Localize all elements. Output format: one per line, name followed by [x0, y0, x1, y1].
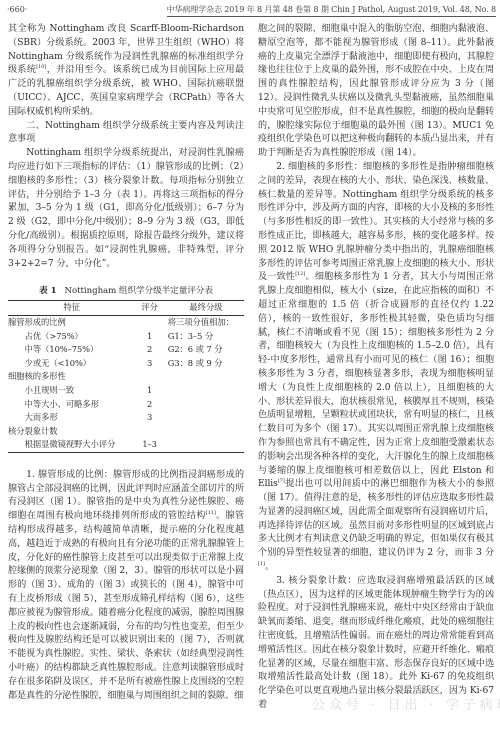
cell-feature: 中等（10%–75%） — [8, 343, 135, 357]
text: 。 — [265, 562, 274, 572]
cell-grade — [164, 438, 244, 452]
cell-grade — [164, 384, 244, 398]
table-1: 表 1Nottingham 组织学分级半定量评分表 特征 评分 最终分级 腺管形… — [8, 285, 244, 453]
cell-feature: 占优（>75%） — [8, 330, 135, 344]
table-row: 占优（>75%）1G1：3–5 分 — [8, 330, 244, 344]
cell-grade: G2：6 或 7 分 — [164, 343, 244, 357]
citation-ref[interactable]: [12] — [295, 271, 305, 277]
table-row: 中等大小、可略多形2 — [8, 398, 244, 412]
paragraph-nuclear-pleomorphism: 2. 细胞核的多形性：细胞核的多形性是指肿瘤细胞核之间的差异，表现在核的大小、形… — [258, 161, 494, 575]
cell-feature: 核分裂象计数 — [8, 425, 135, 439]
header-score: 评分 — [135, 301, 163, 316]
grading-score-table: 特征 评分 最终分级 腺管形成的比例将三项分值相加： 占优（>75%）1G1：3… — [8, 300, 244, 453]
citation-ref[interactable]: [11] — [206, 510, 216, 516]
paragraph-gland-formation: 1. 腺管形成的比例：腺管形成的比例指浸润癌形成的腺管占全部浸润癌的比例，因此评… — [8, 469, 244, 704]
paragraph-three-indicators: Nottingham 组织学分级系统提出，对浸润性乳腺癌均应进行如下三项指标的评… — [8, 147, 244, 271]
text: 提出也可以用间质中的淋巴细胞作为核大小的参照（图 17）。值得注意的是，核多形性… — [258, 479, 494, 558]
section-heading: 二、Nottingham 组织学分级系统主要内容及判读注意事项 — [8, 120, 244, 148]
left-column: 其全称为 Nottingham 改良 Scarff-Bloom-Richards… — [8, 23, 244, 703]
table-row: 中等（10%–75%）2G2：6 或 7 分 — [8, 343, 244, 357]
cell-feature: 大而多形 — [8, 411, 135, 425]
cell-feature: 细胞核的多形性 — [8, 370, 135, 384]
cell-grade — [164, 411, 244, 425]
cell-grade — [164, 425, 244, 439]
header-final-grade: 最终分级 — [164, 301, 244, 316]
table-row: 大而多形3 — [8, 411, 244, 425]
cell-grade — [164, 370, 244, 384]
text: 2. 细胞核的多形性：细胞核的多形性是指肿瘤细胞核之间的差异，表现在核的大小、形… — [258, 162, 494, 282]
paragraph-gland-pitfalls: 胞之间的裂隙、细胞巢中混入的脂肪空泡、细胞内黏液泡、糖原空泡等，都不能视为腺管形… — [258, 23, 494, 161]
cell-score: 1–3 — [135, 438, 163, 452]
citation-ref[interactable]: [10] — [36, 64, 46, 70]
cell-grade: G1：3–5 分 — [164, 330, 244, 344]
cell-score: 3 — [135, 411, 163, 425]
cell-score — [135, 425, 163, 439]
cell-score: 1 — [135, 330, 163, 344]
cell-score: 1 — [135, 384, 163, 398]
header-feature: 特征 — [8, 301, 135, 316]
paragraph-sbr-intro: 其全称为 Nottingham 改良 Scarff-Bloom-Richards… — [8, 23, 244, 120]
table-label: 表 1 — [39, 286, 56, 296]
cell-grade: G3：8 或 9 分 — [164, 357, 244, 371]
right-column: 胞之间的裂隙、细胞巢中混入的脂肪空泡、细胞内黏液泡、糖原空泡等，都不能视为腺管形… — [258, 23, 494, 713]
table-row: 少或无（<10%）3G3：8 或 9 分 — [8, 357, 244, 371]
table-row: 细胞核的多形性 — [8, 370, 244, 384]
cell-feature: 小且规则一致 — [8, 384, 135, 398]
table-row: 核分裂象计数 — [8, 425, 244, 439]
cell-score: 2 — [135, 343, 163, 357]
table-caption: 表 1Nottingham 组织学分级半定量评分表 — [8, 285, 244, 298]
page-number: ·660· — [7, 4, 27, 16]
table-header-row: 特征 评分 最终分级 — [8, 301, 244, 316]
cell-feature: 根据显微镜视野大小评分 — [8, 438, 135, 452]
cell-score: 3 — [135, 357, 163, 371]
cell-score — [135, 370, 163, 384]
cell-score: 2 — [135, 398, 163, 412]
citation-ref[interactable]: [7] — [278, 478, 285, 484]
cell-feature: 中等大小、可略多形 — [8, 398, 135, 412]
table-row: 根据显微镜视野大小评分1–3 — [8, 438, 244, 452]
watermark-overlay: 公众号 · 日出 · 学子病理 — [312, 694, 500, 713]
table-row: 腺管形成的比例将三项分值相加： — [8, 315, 244, 329]
cell-feature: 腺管形成的比例 — [8, 315, 135, 329]
text: 。细胞核多形性为 1 分者，其大小与周围正常乳腺上皮细胞相似，核大小（size，… — [258, 272, 494, 489]
cell-score — [135, 315, 163, 329]
table-row: 小且规则一致1 — [8, 384, 244, 398]
text: 。腺管结构形成得越多，结构越简单清晰，提示癌的分化程度越高，越趋近于成熟的有极向… — [8, 511, 244, 700]
cell-grade — [164, 398, 244, 412]
paragraph-mitotic-count: 3. 核分裂象计数：应选取浸润癌增殖最活跃的区域（热点区），因为这样的区域更能体… — [258, 575, 494, 713]
cell-grade: 将三项分值相加： — [164, 315, 244, 329]
text: ，并沿用至今。该系统已成为目前国际上应用最广泛的乳腺癌组织学分级系统，被 WHO… — [8, 65, 244, 116]
table-title: Nottingham 组织学分级半定量评分表 — [65, 286, 213, 296]
page-header: ·660· 中华病理学杂志 2019 年 8 月第 48 卷第 8 期 Chin… — [7, 4, 496, 16]
citation-ref[interactable]: [1] — [258, 561, 265, 567]
cell-feature: 少或无（<10%） — [8, 357, 135, 371]
journal-running-head: 中华病理学杂志 2019 年 8 月第 48 卷第 8 期 Chin J Pat… — [167, 4, 496, 17]
